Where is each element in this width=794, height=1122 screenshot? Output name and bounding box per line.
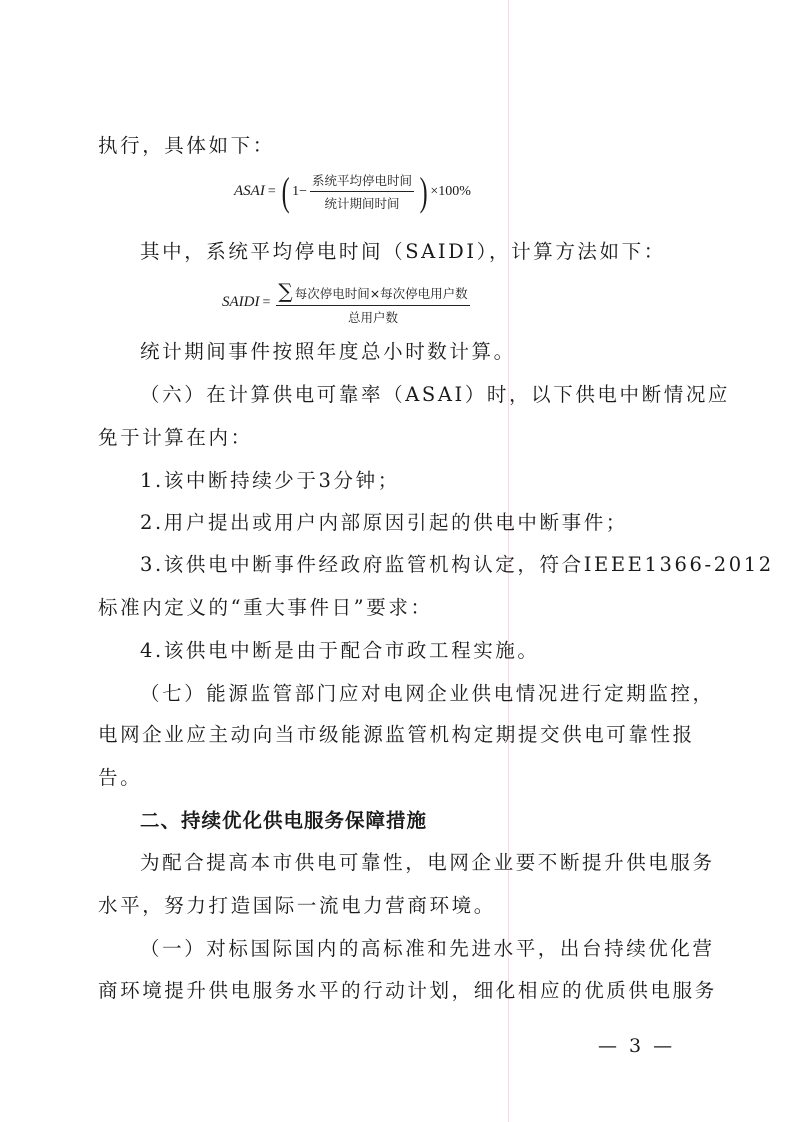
formula-fraction: ∑每次停电时间×每次停电用户数 总用户数 [276, 279, 469, 326]
sigma-symbol: ∑ [278, 279, 292, 303]
fraction-numerator: ∑每次停电时间×每次停电用户数 [276, 279, 469, 306]
formula-lhs: ASAI [234, 183, 265, 200]
fraction-denominator: 统计期间时间 [324, 192, 399, 212]
list-item: 4.该供电中断是由于配合市政工程实施。 [140, 641, 540, 661]
list-item: 2.用户提出或用户内部原因引起的供电中断事件； [140, 513, 628, 533]
text-line: 执行，具体如下： [98, 136, 275, 156]
fraction-denominator: 总用户数 [348, 306, 398, 326]
text-line: （六）在计算供电可靠率（ASAI）时，以下供电中断情况应 [140, 385, 730, 405]
text-line: 统计期间事件按照年度总小时数计算。 [140, 342, 516, 362]
text-line: 免于计算在内： [98, 428, 253, 448]
text-line: （一）对标国际国内的高标准和先进水平，出台持续优化营 [140, 939, 715, 959]
text-line: （七）能源监管部门应对电网企业供电情况进行定期监控， [140, 684, 715, 704]
formula-eq: = [263, 295, 271, 311]
formula-fraction: 系统平均停电时间 统计期间时间 [310, 171, 414, 212]
text-line: 为配合提高本市供电可靠性，电网企业要不断提升供电服务 [140, 853, 715, 873]
formula-eq: = [268, 184, 276, 200]
paren-left: ( [281, 172, 289, 212]
numerator-text: 每次停电时间×每次停电用户数 [295, 286, 468, 301]
section-heading: 二、持续优化供电服务保障措施 [140, 811, 427, 831]
list-item: 3.该供电中断事件经政府监管机构认定，符合IEEE1366-2012 [140, 555, 774, 575]
formula-lhs: SAIDI [222, 294, 260, 311]
page-number: — 3 — [598, 1035, 675, 1057]
paren-right: ) [420, 172, 428, 212]
text-line: 告。 [98, 768, 142, 788]
text-line: 电网企业应主动向当市级能源监管机构定期提交供电可靠性报 [98, 725, 695, 745]
text-line: 商环境提升供电服务水平的行动计划，细化相应的优质供电服务 [98, 981, 717, 1001]
list-item: 1.该中断持续少于3分钟； [140, 471, 400, 491]
formula-suffix: ×100% [430, 184, 471, 200]
formula-saidi: SAIDI = ∑每次停电时间×每次停电用户数 总用户数 [222, 279, 473, 326]
formula-asai: ASAI = ( 1− 系统平均停电时间 统计期间时间 ) ×100% [234, 171, 471, 212]
fraction-numerator: 系统平均停电时间 [310, 171, 414, 192]
text-line: 其中，系统平均停电时间（SAIDI），计算方法如下： [140, 242, 666, 262]
text-line: 标准内定义的“重大事件日”要求： [98, 598, 433, 618]
formula-one-minus: 1− [292, 184, 307, 200]
text-line: 水平，努力打造国际一流电力营商环境。 [98, 896, 496, 916]
